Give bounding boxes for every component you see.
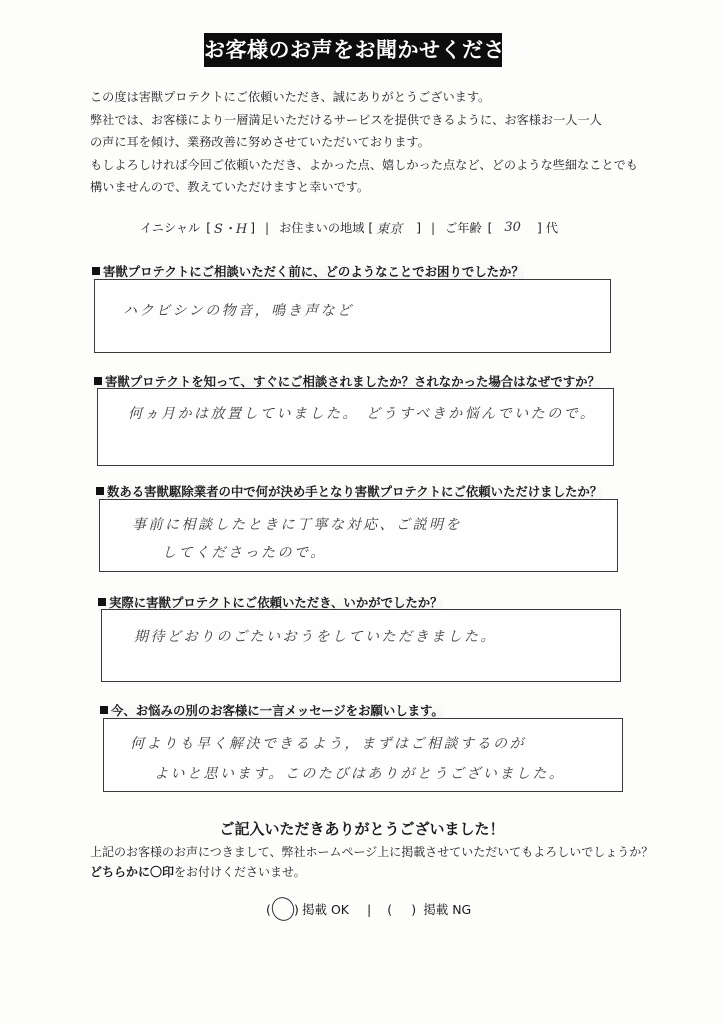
separator: | (265, 221, 269, 235)
question-label: 害獣プロテクトにご相談いただく前に、どのようなことでお困りでしたか？ (103, 264, 524, 279)
intro-line: の声に耳を傾け、業務改善に努めさせていただいております。 (90, 131, 650, 154)
question-3-heading: 数ある害獣駆除業者の中で何が決め手となり害獣プロテクトにご依頼いただけましたか？ (96, 482, 602, 500)
answer-box-5[interactable]: 何よりも早く解決できるよう，まずはご相談するのが よいと思います。このたびはあり… (103, 718, 623, 792)
publish-consent-text: 上記のお客様のお声につきまして、弊社ホームページ上に掲載させていただいてもよろし… (90, 842, 653, 882)
publish-choice: ( ) 掲載 OK | ( ) 掲載 NG (266, 900, 471, 918)
bracket-open: [ (206, 221, 211, 235)
answer-text: ハクビシンの物音，鳴き声など (123, 300, 354, 320)
option-ok-checkbox[interactable]: ( ) (266, 902, 302, 917)
page-title: お客様のお声をお聞かせください (204, 33, 502, 67)
separator: | (431, 221, 435, 235)
answer-text: 何ヵ月かは放置していました。 どうすべきか悩んでいたので。 (128, 403, 596, 423)
intro-line: この度は害獣プロテクトにご依頼いただき、誠にありがとうございます。 (90, 86, 650, 109)
square-bullet-icon (100, 706, 108, 714)
intro-line: 弊社では、お客様により一層満足いただけるサービスを提供できるように、お客様お一人… (90, 109, 650, 132)
paren-open: ( (387, 902, 392, 917)
square-bullet-icon (98, 598, 106, 606)
bracket-close: ] (537, 221, 542, 235)
option-ng-label: 掲載 NG (423, 900, 471, 918)
option-ok-label: 掲載 OK (302, 900, 349, 918)
option-ng-checkbox[interactable]: ( ) (387, 902, 423, 917)
bracket-close: ] (250, 221, 255, 235)
paren-open: ( (266, 902, 271, 917)
paren-close: ) (411, 902, 416, 917)
question-1-heading: 害獣プロテクトにご相談いただく前に、どのようなことでお困りでしたか？ (92, 262, 524, 280)
square-bullet-icon (94, 377, 102, 385)
age-label: ご年齢 (445, 219, 482, 236)
initials-label: イニシャル (140, 219, 200, 236)
publish-question: 上記のお客様のお声につきまして、弊社ホームページ上に掲載させていただいてもよろし… (90, 842, 653, 862)
answer-box-1[interactable]: ハクビシンの物音，鳴き声など (94, 279, 611, 353)
bracket-close: ] (416, 221, 421, 235)
paren-close: ) (294, 902, 299, 917)
age-field[interactable]: 30 (504, 220, 521, 235)
question-label: 実際に害獣プロテクトにご依頼いただき、いかがでしたか？ (109, 595, 443, 610)
square-bullet-icon (92, 267, 100, 275)
question-label: 害獣プロテクトを知って、すぐにご相談されましたか？されなかった場合はなぜですか？ (105, 374, 600, 389)
instruction-rest: をお付けくださいませ。 (174, 865, 306, 879)
answer-box-3[interactable]: 事前に相談したときに丁寧な対応、ご説明を してくださったので。 (99, 499, 618, 572)
instruction: どちらかに〇印をお付けくださいませ。 (90, 862, 653, 882)
bracket-open: [ (488, 221, 493, 235)
answer-box-4[interactable]: 期待どおりのごたいおうをしていただきました。 (101, 609, 621, 682)
intro-line: 構いませんので、教えていただけますと幸いです。 (90, 176, 650, 199)
question-label: 数ある害獣駆除業者の中で何が決め手となり害獣プロテクトにご依頼いただけましたか？ (107, 484, 602, 499)
intro-line: もしよろしければ今回ご依頼いただき、よかった点、嬉しかった点など、どのような些細… (90, 154, 650, 177)
answer-text: 事前に相談したときに丁寧な対応、ご説明を (132, 514, 462, 534)
answer-box-2[interactable]: 何ヵ月かは放置していました。 どうすべきか悩んでいたので。 (97, 388, 614, 466)
answer-text: よいと思います。このたびはありがとうございました。 (154, 763, 565, 783)
thanks-heading: ご記入いただきありがとうございました！ (0, 818, 724, 839)
question-5-heading: 今、お悩みの別のお客様に一言メッセージをお願いします。 (100, 701, 444, 719)
answer-text: 何よりも早く解決できるよう，まずはご相談するのが (130, 733, 526, 753)
answer-text: 期待どおりのごたいおうをしていただきました。 (134, 626, 497, 646)
intro-text: この度は害獣プロテクトにご依頼いただき、誠にありがとうございます。 弊社では、お… (90, 86, 650, 199)
initials-field[interactable]: S・H (214, 218, 247, 237)
age-suffix: 代 (546, 219, 558, 236)
instruction-bold: どちらかに〇印 (90, 865, 174, 879)
bracket-open: [ (368, 221, 373, 235)
region-field[interactable]: 東京 (376, 218, 402, 237)
answer-text: してくださったので。 (162, 542, 327, 562)
square-bullet-icon (96, 487, 104, 495)
question-label: 今、お悩みの別のお客様に一言メッセージをお願いします。 (111, 703, 444, 718)
region-label: お住まいの地域 (279, 219, 364, 236)
profile-row: イニシャル [ S・H ] | お住まいの地域 [ 東京 ] | ご年齢 [ 3… (140, 218, 558, 237)
separator: | (367, 902, 371, 917)
